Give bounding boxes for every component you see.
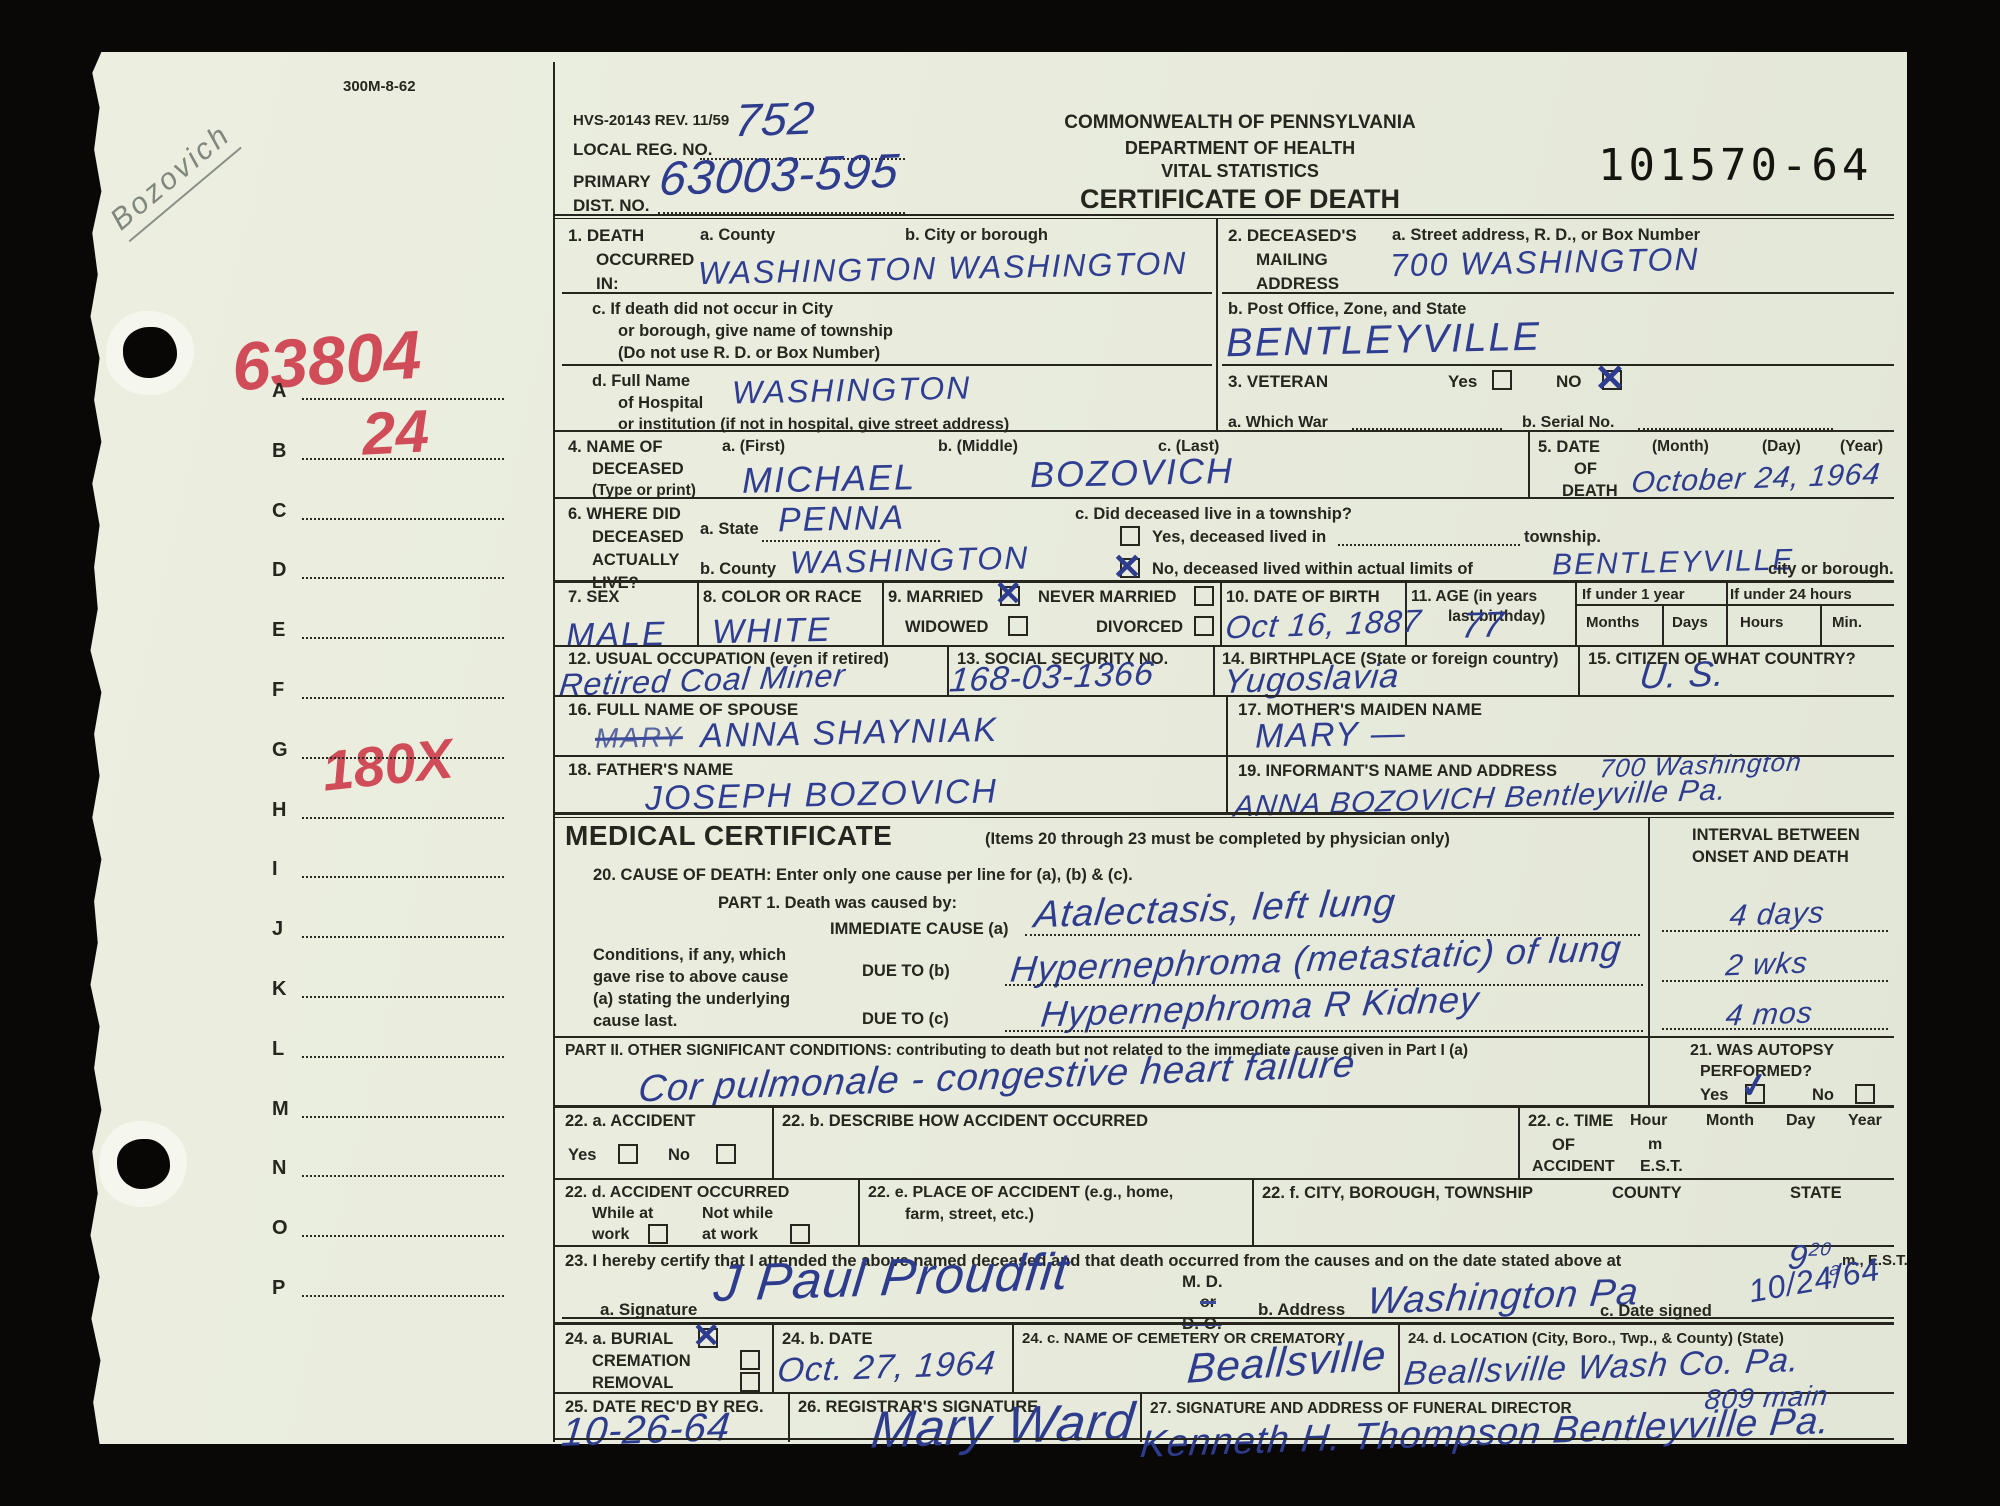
margin-letter-line xyxy=(302,518,504,520)
divider-22e-22f xyxy=(1252,1180,1254,1245)
divider-22a-22b xyxy=(772,1107,774,1178)
divider-8-9 xyxy=(882,582,884,645)
box22c-accident-label: ACCIDENT xyxy=(1532,1158,1615,1176)
margin-letter-line xyxy=(302,637,504,639)
death-certificate-scan: 300M-8-62 Bozovich 63804 24 180X ABCDEFG… xyxy=(0,0,2000,1506)
box22a-no-checkbox[interactable] xyxy=(716,1144,736,1164)
margin-letter: G xyxy=(272,739,288,762)
box22d-label: 22. d. ACCIDENT OCCURRED xyxy=(565,1184,789,1202)
box22e-place-label-2: farm, street, etc.) xyxy=(905,1206,1034,1224)
margin-letter-line xyxy=(302,1116,504,1118)
box1-c-label-2: or borough, give name of township xyxy=(618,322,893,341)
interval-a-value: 4 days xyxy=(1728,896,1826,933)
interval-c-line xyxy=(1662,1028,1888,1030)
box6-borough-suffix: city or borough. xyxy=(1768,560,1894,579)
box1-label-2: OCCURRED xyxy=(596,250,694,270)
margin-letter: I xyxy=(272,858,278,881)
box6-no-text: No, deceased lived within actual limits … xyxy=(1152,560,1473,579)
box11-under24-label: If under 24 hours xyxy=(1730,586,1852,603)
certificate-number-stamp: 101570-64 xyxy=(1598,140,1872,191)
box19-informant-label: 19. INFORMANT'S NAME AND ADDRESS xyxy=(1238,762,1557,781)
divider-cause-interval xyxy=(1648,818,1650,1105)
box22b-describe-label: 22. b. DESCRIBE HOW ACCIDENT OCCURRED xyxy=(782,1112,1148,1131)
box24-burial-label: 24. a. BURIAL xyxy=(565,1330,673,1349)
interval-label-1: INTERVAL BETWEEN xyxy=(1692,826,1860,845)
box22e-place-label-1: 22. e. PLACE OF ACCIDENT (e.g., home, xyxy=(868,1184,1173,1202)
medical-top-border-2 xyxy=(553,817,1894,818)
interval-b-value: 2 wks xyxy=(1724,947,1810,984)
box4-middle-label: b. (Middle) xyxy=(938,438,1018,456)
margin-letter-line xyxy=(302,1295,504,1297)
box20-cond-label-4: cause last. xyxy=(593,1012,677,1031)
interval-b-line xyxy=(1662,980,1888,982)
margin-letter-line xyxy=(302,757,504,759)
box1-d-label-1: d. Full Name xyxy=(592,372,690,391)
punch-hole-top-center xyxy=(123,327,177,378)
margin-letter-line xyxy=(302,876,504,878)
box22a-yes-label: Yes xyxy=(568,1146,596,1165)
margin-form-code: 300M-8-62 xyxy=(343,78,416,95)
medical-certificate-subtitle: (Items 20 through 23 must be completed b… xyxy=(985,830,1450,849)
form-reference-number: HVS-20143 REV. 11/59 xyxy=(573,112,729,129)
divider-25-26 xyxy=(788,1394,790,1442)
row-border-10 xyxy=(553,1322,1894,1325)
box24-removal-label: REMOVAL xyxy=(592,1374,673,1393)
box22f-county-label: COUNTY xyxy=(1612,1184,1682,1203)
box22c-day-label: Day xyxy=(1786,1112,1815,1130)
margin-letter-line xyxy=(302,458,504,460)
box3-yes-label: Yes xyxy=(1448,372,1477,392)
box5-label-1: 5. DATE xyxy=(1538,438,1600,457)
box5-day-label: (Day) xyxy=(1762,438,1801,456)
box21-no-checkbox[interactable] xyxy=(1855,1084,1875,1104)
box11-months-label: Months xyxy=(1586,614,1639,631)
box6-label-1: 6. WHERE DID xyxy=(568,505,681,524)
age-subheader-line xyxy=(1575,604,1894,606)
divider-24a-24b xyxy=(772,1324,774,1392)
divider-22b-22c xyxy=(1518,1107,1520,1178)
divider-24b-24c xyxy=(1012,1324,1014,1392)
box21-yes-label: Yes xyxy=(1700,1086,1728,1105)
box20-due-b-label: DUE TO (b) xyxy=(862,962,950,981)
margin-red-number-3: 180X xyxy=(319,725,456,803)
divider-box1-box2 xyxy=(1216,218,1218,430)
box3-no-checkbox-mark: ✕ xyxy=(1594,356,1626,401)
margin-letter: P xyxy=(272,1277,285,1300)
primary-dist-label-1: PRIMARY xyxy=(573,172,651,192)
divider-13-14 xyxy=(1213,647,1215,695)
margin-letter-line xyxy=(302,577,504,579)
box15-citizen-value: U. S. xyxy=(1638,653,1728,698)
box7-sex-label: 7. SEX xyxy=(568,588,619,607)
margin-letter-line xyxy=(302,1235,504,1237)
box22a-no-label: No xyxy=(668,1146,690,1165)
margin-red-number-1: 63804 xyxy=(230,315,424,406)
row-border-11 xyxy=(553,1392,1894,1394)
interval-a-line xyxy=(1662,930,1888,932)
margin-letter: F xyxy=(272,679,284,702)
header-rule-2 xyxy=(553,218,1894,219)
box8-race-label: 8. COLOR OR RACE xyxy=(703,588,862,607)
divider-7-8 xyxy=(697,582,699,645)
box22d-while-at-work-checkbox[interactable] xyxy=(648,1224,668,1244)
box3-yes-checkbox[interactable] xyxy=(1492,370,1512,390)
margin-letter-line xyxy=(302,1175,504,1177)
box24-date-value: Oct. 27, 1964 xyxy=(775,1344,997,1391)
punch-hole-bottom-center xyxy=(117,1139,170,1189)
box17-maiden-value: MARY — xyxy=(1255,714,1408,756)
primary-dist-value: 63003-595 xyxy=(657,144,902,207)
box11-days-label: Days xyxy=(1672,614,1708,631)
box21-no-label: No xyxy=(1812,1086,1834,1105)
box18-father-label: 18. FATHER'S NAME xyxy=(568,760,733,780)
margin-letter: H xyxy=(272,799,286,822)
box6-township-line xyxy=(1338,544,1520,546)
box1-label-3: IN: xyxy=(596,274,619,294)
box22d-at-work-label: at work xyxy=(702,1226,758,1244)
margin-letter-line xyxy=(302,398,504,400)
box1-line-a xyxy=(562,292,1212,294)
box3-veteran-label: 3. VETERAN xyxy=(1228,372,1328,392)
box22a-accident-label: 22. a. ACCIDENT xyxy=(565,1112,696,1131)
box6-label-3: ACTUALLY xyxy=(592,551,679,570)
box9-widowed-label: WIDOWED xyxy=(905,618,988,637)
divider-9-10 xyxy=(1220,582,1222,645)
box22c-month-label: Month xyxy=(1706,1112,1754,1130)
box22c-est-label: E.S.T. xyxy=(1640,1158,1683,1176)
row-border-1 xyxy=(553,430,1894,432)
certificate-title: CERTIFICATE OF DEATH xyxy=(1020,184,1460,215)
box2-label-1: 2. DECEASED'S xyxy=(1228,226,1357,246)
box4-first-value: MICHAEL xyxy=(742,456,917,502)
box6-yes-text: Yes, deceased lived in xyxy=(1152,528,1326,547)
medical-certificate-title: MEDICAL CERTIFICATE xyxy=(565,820,892,852)
divider-under1-under24 xyxy=(1726,582,1728,645)
interval-label-2: ONSET AND DEATH xyxy=(1692,848,1849,867)
box23-or-label-struck: or xyxy=(1200,1294,1216,1312)
box22d-while-at-label: While at xyxy=(592,1205,653,1223)
box24-cremation-checkbox[interactable] xyxy=(740,1350,760,1370)
box1-county-label: a. County xyxy=(700,226,775,245)
box9-married-label: 9. MARRIED xyxy=(888,588,983,607)
box4-label-1: 4. NAME OF xyxy=(568,438,662,457)
department-title: DEPARTMENT OF HEALTH xyxy=(1020,138,1460,159)
box1-hospital-value: WASHINGTON xyxy=(732,369,972,411)
bottom-border xyxy=(553,1438,1894,1440)
primary-dist-label-2: DIST. NO. xyxy=(573,196,650,216)
box6-state-label: a. State xyxy=(700,520,759,539)
box22c-of-label: OF xyxy=(1552,1136,1575,1155)
margin-letter-line xyxy=(302,936,504,938)
divider-22d-22e xyxy=(858,1180,860,1245)
box2-line-a xyxy=(1222,292,1894,294)
box22d-work-label: work xyxy=(592,1226,629,1244)
box6-township-suffix: township. xyxy=(1524,528,1601,547)
box20-part1-label: PART 1. Death was caused by: xyxy=(718,894,957,913)
box11-under1-label: If under 1 year xyxy=(1582,586,1685,603)
box5-year-label: (Year) xyxy=(1840,438,1883,456)
margin-letter-line xyxy=(302,817,504,819)
row-border-9 xyxy=(553,1245,1894,1247)
box22c-year-label: Year xyxy=(1848,1112,1882,1130)
box23-physician-signature: J Paul Proudfit xyxy=(711,1242,1072,1314)
margin-letter: B xyxy=(272,440,286,463)
box4-first-label: a. (First) xyxy=(722,438,785,456)
box1-c-label-1: c. If death did not occur in City xyxy=(592,300,833,319)
box1-label-1: 1. DEATH xyxy=(568,226,644,246)
box1-city-label: b. City or borough xyxy=(905,226,1048,245)
box24-date-label: 24. b. DATE xyxy=(782,1330,872,1349)
box20-due-c-label: DUE TO (c) xyxy=(862,1010,949,1029)
box26-registrar-signature: Mary Ward xyxy=(868,1391,1138,1460)
box20-cond-label-3: (a) stating the underlying xyxy=(593,990,790,1009)
row-border-2 xyxy=(553,497,1894,499)
box4-label-2: DECEASED xyxy=(592,460,684,479)
box2-line-b xyxy=(1222,364,1894,366)
box16-struck-name: MARY xyxy=(595,721,684,755)
box24-cremation-label: CREMATION xyxy=(592,1352,691,1371)
box20-cause-c-line xyxy=(1005,1030,1643,1032)
box4-last-value: BOZOVICH xyxy=(1030,450,1235,496)
margin-letter: C xyxy=(272,500,286,523)
margin-letter: M xyxy=(272,1098,289,1121)
box6-township-question: c. Did deceased live in a township? xyxy=(1075,505,1352,524)
box6-county-label: b. County xyxy=(700,560,776,579)
row-border-3 xyxy=(553,580,1894,583)
box9-never-married-label: NEVER MARRIED xyxy=(1038,588,1176,607)
box20-immediate-label: IMMEDIATE CAUSE (a) xyxy=(830,920,1008,939)
box23-md-label: M. D. xyxy=(1182,1272,1223,1292)
box22f-state-label: STATE xyxy=(1790,1184,1842,1203)
box5-label-2: OF xyxy=(1574,460,1597,479)
box16-spouse-value: ANNA SHAYNIAK xyxy=(700,711,999,756)
box2-label-3: ADDRESS xyxy=(1256,274,1339,294)
box1-line-c xyxy=(562,364,1212,366)
margin-letter: K xyxy=(272,978,286,1001)
commonwealth-title: COMMONWEALTH OF PENNSYLVANIA xyxy=(1020,112,1460,134)
box24-burial-checkbox-mark: ✕ xyxy=(692,1316,721,1356)
margin-letter-line xyxy=(302,697,504,699)
box11-age-value: 77 xyxy=(1460,603,1507,646)
margin-letter-line xyxy=(302,996,504,998)
local-reg-value: 752 xyxy=(732,91,818,148)
box1-c-label-3: (Do not use R. D. or Box Number) xyxy=(618,344,880,363)
margin-letter: O xyxy=(272,1217,288,1240)
divider-box4-box5 xyxy=(1528,432,1530,497)
box11-hours-label: Hours xyxy=(1740,614,1783,631)
box9-divorced-label: DIVORCED xyxy=(1096,618,1183,637)
divider-14-15 xyxy=(1578,647,1580,695)
box22c-m-label: m xyxy=(1648,1136,1662,1154)
box23-signature-line xyxy=(562,1317,1894,1319)
box11-min-label: Min. xyxy=(1832,614,1862,631)
box22d-not-while-label: Not while xyxy=(702,1205,773,1223)
box9-widowed-checkbox[interactable] xyxy=(1008,616,1028,636)
box22f-city-label: 22. f. CITY, BOROUGH, TOWNSHIP xyxy=(1262,1184,1533,1203)
box20-cause-label: 20. CAUSE OF DEATH: Enter only one cause… xyxy=(593,866,1133,885)
box6-state-value: PENNA xyxy=(778,499,906,541)
margin-letter-line xyxy=(302,1056,504,1058)
box3-no-label: NO xyxy=(1556,372,1582,392)
row-border-8 xyxy=(553,1178,1894,1180)
box9-never-married-checkbox[interactable] xyxy=(1194,586,1214,606)
box6-label-2: DECEASED xyxy=(592,528,684,547)
divider-hours-min xyxy=(1820,604,1822,645)
margin-letter: E xyxy=(272,619,285,642)
divider-11-under1 xyxy=(1575,582,1577,645)
divider-24c-24d xyxy=(1398,1324,1400,1392)
box10-dob-value: Oct 16, 1887 xyxy=(1224,603,1424,647)
row-border-5 xyxy=(553,695,1894,697)
divider-months-days xyxy=(1662,604,1664,645)
box20-cond-label-2: gave rise to above cause xyxy=(593,968,788,987)
box9-divorced-checkbox[interactable] xyxy=(1194,616,1214,636)
margin-letter: A xyxy=(272,380,286,403)
box13-ssn-value: 168-03-1366 xyxy=(948,654,1157,700)
box2-street-value: 700 WASHINGTON xyxy=(1390,241,1700,284)
medical-top-border-1 xyxy=(553,812,1894,815)
box21-autopsy-label-1: 21. WAS AUTOPSY xyxy=(1690,1042,1834,1060)
box6-yes-checkbox[interactable] xyxy=(1120,526,1140,546)
box21-yes-checkbox-mark: ✓ xyxy=(1737,1064,1771,1108)
margin-letter: N xyxy=(272,1157,286,1180)
part2-top-border xyxy=(553,1036,1894,1038)
box5-month-label: (Month) xyxy=(1652,438,1709,456)
box11-age-label-1: 11. AGE (in years xyxy=(1411,588,1537,606)
box2-label-2: MAILING xyxy=(1256,250,1328,270)
margin-letter: D xyxy=(272,559,286,582)
form-left-border xyxy=(553,62,555,1442)
box22c-time-label: 22. c. TIME xyxy=(1528,1112,1613,1131)
margin-letter: L xyxy=(272,1038,284,1061)
row-border-4 xyxy=(553,645,1894,647)
box22d-not-while-at-work-checkbox[interactable] xyxy=(790,1224,810,1244)
margin-letter: J xyxy=(272,918,283,941)
box20-cond-label-1: Conditions, if any, which xyxy=(593,946,786,965)
box2-postoffice-value: BENTLEYVILLE xyxy=(1226,315,1542,367)
box6-borough-value: BENTLEYVILLE xyxy=(1552,543,1795,582)
box1-d-label-2: of Hospital xyxy=(618,394,703,413)
row-border-7 xyxy=(553,1105,1894,1108)
box9-married-checkbox-mark: ✕ xyxy=(994,574,1023,614)
box24-removal-checkbox[interactable] xyxy=(740,1372,760,1392)
box22a-yes-checkbox[interactable] xyxy=(618,1144,638,1164)
box25-date-recd-value: 10-26-64 xyxy=(559,1405,733,1456)
box22c-hour-label: Hour xyxy=(1630,1112,1667,1130)
vital-statistics-title: VITAL STATISTICS xyxy=(1020,161,1460,182)
header-rule-1 xyxy=(553,214,1894,216)
